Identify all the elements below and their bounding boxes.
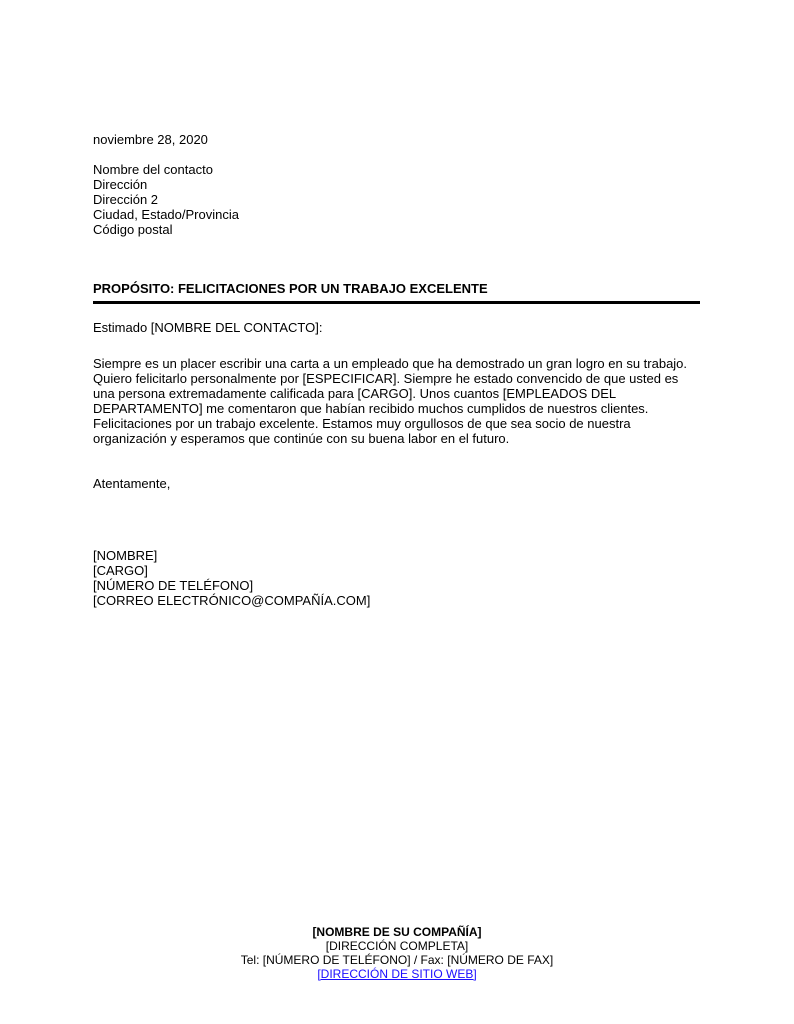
body-line: Quiero felicitarlo personalmente por [ES… xyxy=(93,371,723,386)
subject-divider xyxy=(93,301,700,304)
body-paragraph: Siempre es un placer escribir una carta … xyxy=(93,356,723,446)
recipient-postal-code: Código postal xyxy=(93,222,239,237)
body-line: Siempre es un placer escribir una carta … xyxy=(93,356,723,371)
footer-website-link[interactable]: [DIRECCIÓN DE SITIO WEB] xyxy=(317,967,476,981)
footer-company-name: [NOMBRE DE SU COMPAÑÍA] xyxy=(0,925,794,939)
recipient-address: Nombre del contacto Dirección Dirección … xyxy=(93,162,239,237)
salutation: Estimado [NOMBRE DEL CONTACTO]: xyxy=(93,320,322,335)
letter-date: noviembre 28, 2020 xyxy=(93,132,208,147)
body-line: organización y esperamos que continúe co… xyxy=(93,431,723,446)
body-line: DEPARTAMENTO] me comentaron que habían r… xyxy=(93,401,723,416)
signature-phone: [NÚMERO DE TELÉFONO] xyxy=(93,578,370,593)
body-line: una persona extremadamente calificada pa… xyxy=(93,386,723,401)
recipient-address-line-1: Dirección xyxy=(93,177,239,192)
footer-address: [DIRECCIÓN COMPLETA] xyxy=(0,939,794,953)
body-line: Felicitaciones por un trabajo excelente.… xyxy=(93,416,723,431)
letter-page: noviembre 28, 2020 Nombre del contacto D… xyxy=(0,0,794,1024)
signature-name: [NOMBRE] xyxy=(93,548,370,563)
signature-email: [CORREO ELECTRÓNICO@COMPAÑÍA.COM] xyxy=(93,593,370,608)
footer: [NOMBRE DE SU COMPAÑÍA] [DIRECCIÓN COMPL… xyxy=(0,925,794,981)
signature-title: [CARGO] xyxy=(93,563,370,578)
closing: Atentamente, xyxy=(93,476,170,491)
recipient-city-state: Ciudad, Estado/Provincia xyxy=(93,207,239,222)
signature-block: [NOMBRE] [CARGO] [NÚMERO DE TELÉFONO] [C… xyxy=(93,548,370,608)
footer-contact: Tel: [NÚMERO DE TELÉFONO] / Fax: [NÚMERO… xyxy=(0,953,794,967)
recipient-address-line-2: Dirección 2 xyxy=(93,192,239,207)
recipient-name: Nombre del contacto xyxy=(93,162,239,177)
subject-line: PROPÓSITO: FELICITACIONES POR UN TRABAJO… xyxy=(93,281,488,296)
